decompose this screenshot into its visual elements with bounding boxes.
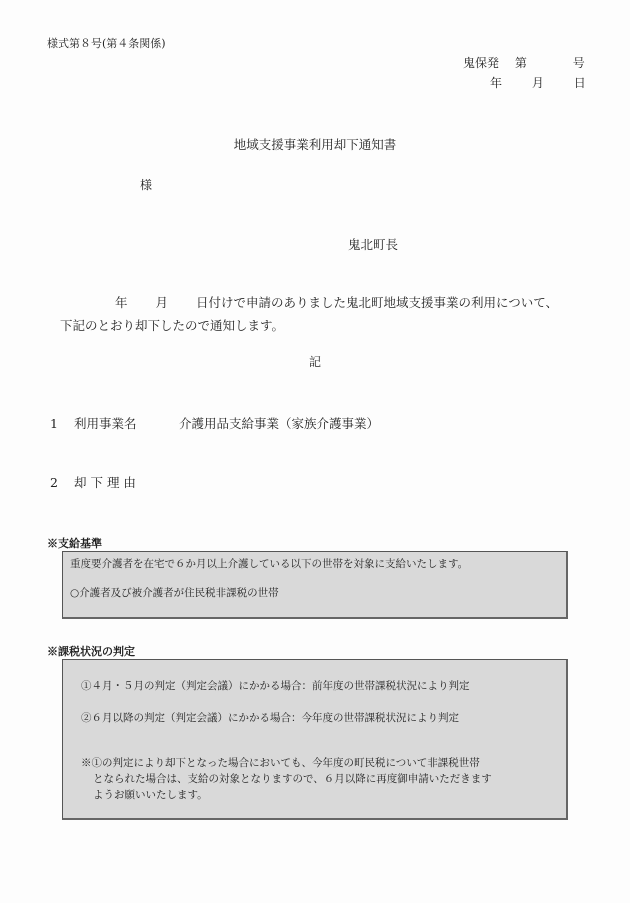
item-number: 1: [50, 416, 74, 431]
document-number: 鬼保発 第 号: [463, 54, 585, 71]
document-title: 地域支援事業利用却下通知書: [0, 135, 630, 153]
item-label: 利用事業名: [74, 414, 179, 432]
tax-status-line: ①４月・５月の判定（判定会議）にかかる場合：前年度の世帯課税状況により判定: [81, 678, 470, 693]
item-service-name: 1利用事業名介護用品支給事業（家族介護事業）: [50, 414, 379, 432]
item-value: 介護用品支給事業（家族介護事業）: [179, 416, 379, 431]
tax-status-note: ようお願いいたします。: [93, 787, 208, 802]
doc-number-prefix: 鬼保発: [463, 54, 499, 71]
date-day: 日: [574, 74, 586, 91]
form-number: 様式第８号(第４条関係): [47, 35, 166, 51]
body-line-1-text: 日付けで申請のありました鬼北町地域支援事業の利用について、: [196, 293, 558, 311]
body-line-2: 下記のとおり却下したので通知します。: [60, 316, 284, 334]
sender-name: 鬼北町長: [348, 235, 398, 253]
criteria-line: 重度要介護者を在宅で６か月以上介護している以下の世帯を対象に支給いたします。: [70, 556, 468, 571]
tax-status-line: ②６月以降の判定（判定会議）にかかる場合：今年度の世帯課税状況により判定: [81, 710, 459, 725]
doc-number-go: 号: [573, 54, 585, 71]
tax-status-note: となられた場合は、支給の対象となりますので、６月以降に再度御申請いただきます: [93, 771, 492, 786]
date-year: 年: [490, 74, 502, 91]
issue-date: 年 月 日: [490, 74, 586, 91]
item-label: 却 下 理 由: [74, 475, 136, 490]
ki-marker: 記: [0, 353, 630, 370]
doc-number-dai: 第: [515, 54, 527, 71]
body-month: 月: [156, 293, 169, 311]
addressee-honorific: 様: [140, 176, 152, 193]
criteria-box: 重度要介護者を在宅で６か月以上介護している以下の世帯を対象に支給いたします。 ○…: [62, 551, 568, 619]
body-line-1: 年 月 日付けで申請のありました鬼北町地域支援事業の利用について、: [115, 293, 558, 311]
body-year: 年: [115, 293, 128, 311]
tax-status-box: ①４月・５月の判定（判定会議）にかかる場合：前年度の世帯課税状況により判定 ②６…: [62, 659, 568, 820]
criteria-heading: ※支給基準: [47, 535, 102, 551]
date-month: 月: [532, 74, 544, 91]
tax-status-heading: ※課税状況の判定: [47, 643, 135, 659]
criteria-line: ○介護者及び被介護者が住民税非課税の世帯: [70, 585, 279, 600]
tax-status-note: ※①の判定により却下となった場合においても、今年度の町民税について非課税世帯: [81, 755, 480, 770]
item-number: 2: [50, 475, 74, 490]
item-rejection-reason: 2却 下 理 由: [50, 473, 136, 491]
